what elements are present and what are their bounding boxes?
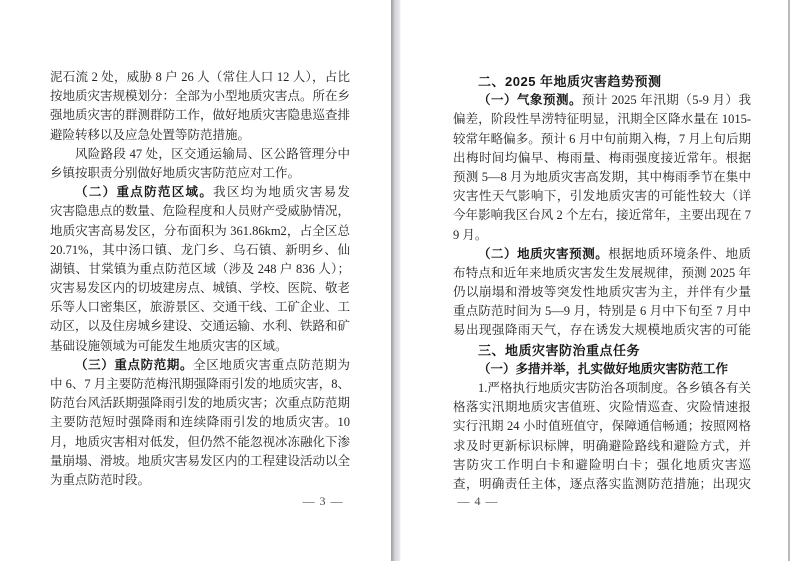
text-line: 三、地质灾害防治重点任务 <box>453 341 751 360</box>
text-line: 重点防范时间为 5—9 月，特别是 6 月中下旬至 7 月中上旬，极 <box>453 302 751 321</box>
text-line: 求及时更新标识标牌，明确避险路线和避险方式，并发放地质灾 <box>453 437 751 456</box>
text-line: 地质灾害高易发区，分布面积为 361.86km2，占全区总面积的 <box>50 222 350 241</box>
page-number-4: — 4 — <box>443 494 513 509</box>
text-line: 出梅时间均偏早、梅雨量、梅雨强度接近常年。根据降雨趋势， <box>453 149 751 168</box>
text-line: 主要防范短时强降雨和连续降雨引发的地质灾害。10 月至次年 2 <box>50 413 350 432</box>
text-line: 湖镇、甘棠镇为重点防范区域（涉及 248 户 836 人）；其他地质 <box>50 260 350 279</box>
text-line: 1.严格执行地质灾害防治各项制度。各乡镇各有关部门要严 <box>453 379 751 398</box>
page-4: 二、2025 年地质灾害趋势预测（一）气象预测。预计 2025 年汛期（5-9 … <box>401 0 790 561</box>
text-line: 防范台风活跃期强降雨引发的地质灾害；次重点防范期为 3-4 月， <box>50 394 350 413</box>
page-4-body: 二、2025 年地质灾害趋势预测（一）气象预测。预计 2025 年汛期（5-9 … <box>453 72 751 494</box>
text-line: 实行汛期 24 小时值班值守，保障通信畅通；按照网格化管理要 <box>453 417 751 436</box>
text-line: 易出现强降雨天气，存在诱发大规模地质灾害的可能性。 <box>453 321 751 340</box>
text-line: 避险转移以及应急处置等防范措施。 <box>50 126 350 145</box>
text-line: 灾害性天气影响下，引发地质灾害的可能性较大（详见附件 1）。 <box>453 187 751 206</box>
text-line: 预测 5—8 月为地质灾害高发期，其中梅雨季节在集中强降雨等 <box>453 168 751 187</box>
text-line: 较常年略偏多。预计 6 月中旬前期入梅，7 月上旬后期出梅，入 <box>453 130 751 149</box>
text-line: （一）气象预测。预计 2025 年汛期（5-9 月）我区气候状况 <box>453 91 751 110</box>
text-line: 泥石流 2 处，威胁 8 户 26 人（常住人口 12 人），占比 1.8%。 <box>50 68 350 87</box>
text-line: （二）地质灾害预测。根据地质环境条件、地质灾害发育分 <box>453 245 751 264</box>
text-line: 偏差，阶段性旱涝特征明显，汛期全区降水量在 1015-1115 毫米， <box>453 110 751 129</box>
page-3: 泥石流 2 处，威胁 8 户 26 人（常住人口 12 人），占比 1.8%。按… <box>0 0 391 561</box>
text-line: 害防灾工作明白卡和避险明白卡；强化地质灾害巡查、排查和核 <box>453 456 751 475</box>
text-line: 二、2025 年地质灾害趋势预测 <box>453 72 751 91</box>
page-number-3: — 3 — <box>288 494 358 509</box>
text-line: 仍以崩塌和滑坡等突发性地质灾害为主，并伴有少量的泥石流。 <box>453 283 751 302</box>
page-3-body: 泥石流 2 处，威胁 8 户 26 人（常住人口 12 人），占比 1.8%。按… <box>50 68 350 490</box>
text-line: 9 月。 <box>453 226 751 245</box>
text-line: （三）重点防范期。全区地质灾害重点防范期为 5-9 月，其 <box>50 356 350 375</box>
text-line: 强地质灾害的群测群防工作，做好地质灾害隐患巡查排查、监测、 <box>50 106 350 125</box>
text-line: （二）重点防范区域。我区均为地质灾害易发区，根据地质 <box>50 183 350 202</box>
text-line: 布特点和近年来地质灾害发生发展规律，预测 2025 年灾害类型 <box>453 264 751 283</box>
text-line: 为重点防范时段。 <box>50 471 350 490</box>
text-line: （一）多措并举，扎实做好地质灾害防范工作 <box>453 360 751 379</box>
text-line: 月，地质灾害相对低发，但仍然不能忽视冰冻融化下渗引发的少 <box>50 433 350 452</box>
text-line: 灾害易发区内的切坡建房点、城镇、学校、医院、敬老院、农家 <box>50 279 350 298</box>
text-line: 查，明确责任主体，逐点落实监测防范措施；出现灾险情等突发 <box>453 475 751 494</box>
page-gutter-divider <box>391 0 401 561</box>
document-spread: 泥石流 2 处，威胁 8 户 26 人（常住人口 12 人），占比 1.8%。按… <box>0 0 800 561</box>
text-line: 风险路段 47 处，区交通运输局、区公路管理分中心及所在 <box>50 145 350 164</box>
text-line: 20.71%，其中汤口镇、龙门乡、乌石镇、新明乡、仙源镇、太平 <box>50 241 350 260</box>
text-line: 按地质灾害规模划分：全部为小型地质灾害点。所在乡镇应当加 <box>50 87 350 106</box>
text-line: 今年影响我区台风 2 个左右，接近常年，主要出现在 7 月下旬至 <box>453 206 751 225</box>
text-line: 乡镇按职责分别做好地质灾害防范应对工作。 <box>50 164 350 183</box>
text-line: 基础设施领域为可能发生地质灾害的区域。 <box>50 337 350 356</box>
text-line: 乐等人口密集区，旅游景区、交通干线、工矿企业、工程建设活 <box>50 298 350 317</box>
text-line: 量崩塌、滑坡。地质灾害易发区内的工程建设活动以全建设周期 <box>50 452 350 471</box>
text-line: 灾害隐患点的数量、危险程度和人员财产受威胁情况，划定我区 <box>50 202 350 221</box>
text-line: 格落实汛期地质灾害值班、灾险情巡查、灾险情速报等各项制度， <box>453 398 751 417</box>
text-line: 中 6、7 月主要防范梅汛期强降雨引发的地质灾害，8、9 月主要 <box>50 375 350 394</box>
text-line: 动区，以及住房城乡建设、交通运输、水利、铁路和矿山等重大 <box>50 317 350 336</box>
